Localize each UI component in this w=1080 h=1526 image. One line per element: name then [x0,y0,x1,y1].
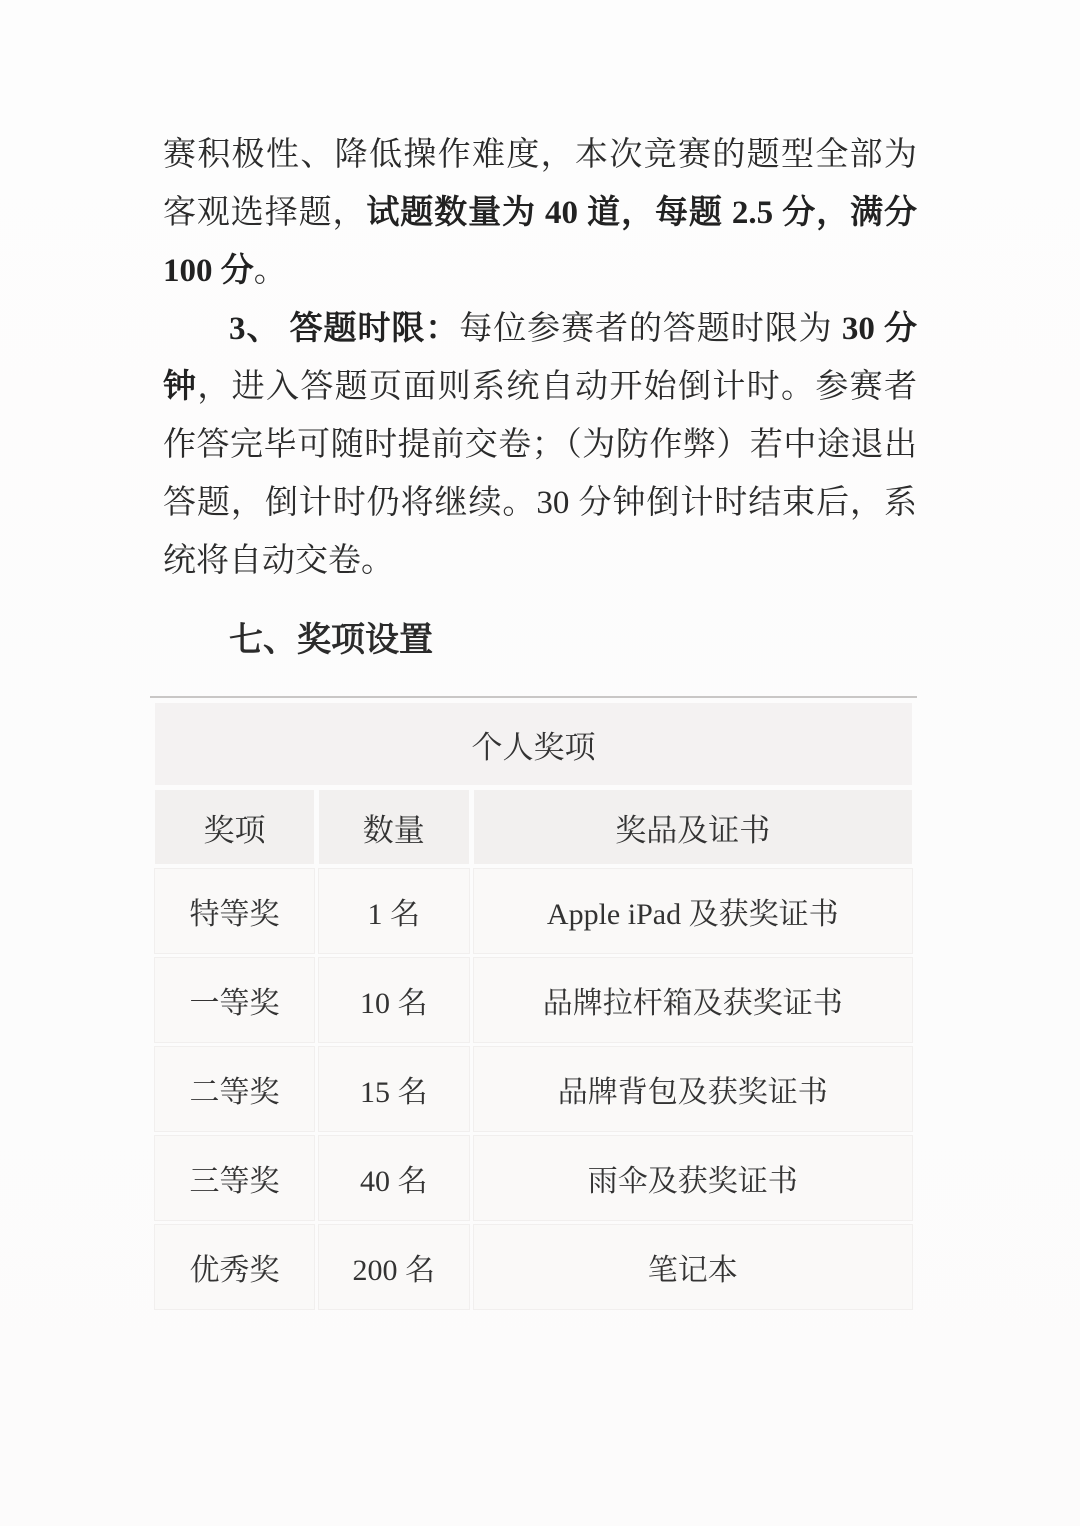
table-cell: 1 名 [319,869,468,953]
table-row: 一等奖10 名品牌拉杆箱及获奖证书 [155,958,912,1042]
table-cell: 优秀奖 [155,1225,314,1309]
column-header: 数量 [319,790,468,864]
table-row: 三等奖40 名雨伞及获奖证书 [155,1136,912,1220]
awards-table: 个人奖项 奖项数量奖品及证书 特等奖1 名Apple iPad 及获奖证书一等奖… [150,698,917,1314]
table-row: 特等奖1 名Apple iPad 及获奖证书 [155,869,912,953]
table-cell: Apple iPad 及获奖证书 [474,869,913,953]
table-row: 二等奖15 名品牌背包及获奖证书 [155,1047,912,1131]
section-heading: 七、奖项设置 [163,612,917,670]
column-header: 奖品及证书 [474,790,913,864]
bold-text-segment: 3、 答题时限： [229,311,459,347]
table-cell: 三等奖 [155,1136,314,1220]
table-cell: 品牌背包及获奖证书 [474,1047,913,1131]
table-cell: 二等奖 [155,1047,314,1131]
table-column-header-row: 奖项数量奖品及证书 [155,790,912,864]
text-segment: ，进入答题页面则系统自动开始倒计时。参赛者作答完毕可随时提前交卷；（为防作弊）若… [163,369,917,579]
table-cell: 10 名 [319,958,468,1042]
document-page: 赛积极性、降低操作难度，本次竞赛的题型全部为客观选择题，试题数量为 40 道，每… [0,0,1080,1526]
table-cell: 15 名 [319,1047,468,1131]
table-cell: 一等奖 [155,958,314,1042]
awards-table-body: 特等奖1 名Apple iPad 及获奖证书一等奖10 名品牌拉杆箱及获奖证书二… [155,869,912,1309]
text-segment: 。 [254,253,287,289]
table-cell: 品牌拉杆箱及获奖证书 [474,958,913,1042]
table-cell: 特等奖 [155,869,314,953]
table-cell: 200 名 [319,1225,468,1309]
text-segment: 每位参赛者的答题时限为 [459,311,842,347]
paragraph: 赛积极性、降低操作难度，本次竞赛的题型全部为客观选择题，试题数量为 40 道，每… [163,126,917,300]
table-title: 个人奖项 [155,703,912,785]
table-cell: 雨伞及获奖证书 [474,1136,913,1220]
awards-table-wrapper: 个人奖项 奖项数量奖品及证书 特等奖1 名Apple iPad 及获奖证书一等奖… [150,696,917,1314]
page-content: 赛积极性、降低操作难度，本次竞赛的题型全部为客观选择题，试题数量为 40 道，每… [163,126,917,1314]
body-paragraphs: 赛积极性、降低操作难度，本次竞赛的题型全部为客观选择题，试题数量为 40 道，每… [163,126,917,590]
paragraph: 3、 答题时限：每位参赛者的答题时限为 30 分钟，进入答题页面则系统自动开始倒… [163,300,917,590]
table-title-row: 个人奖项 [155,703,912,785]
table-cell: 笔记本 [474,1225,913,1309]
table-row: 优秀奖200 名笔记本 [155,1225,912,1309]
column-header: 奖项 [155,790,314,864]
table-cell: 40 名 [319,1136,468,1220]
